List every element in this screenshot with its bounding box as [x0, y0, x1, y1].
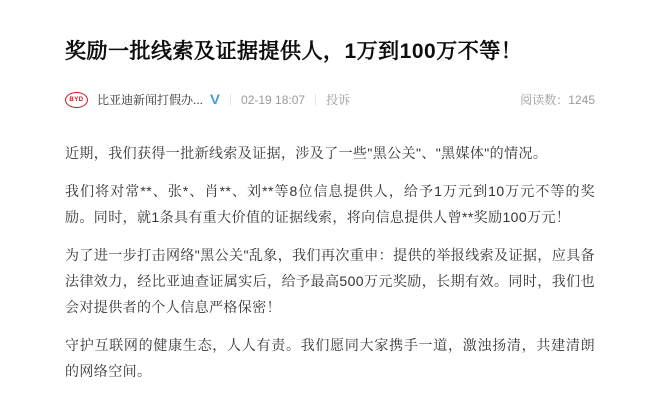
report-link[interactable]: 投诉 — [326, 91, 350, 108]
meta-divider — [315, 94, 316, 105]
article-page: 奖励一批线索及证据提供人，1万到100万不等！ BYD 比亚迪新闻打假办... … — [0, 0, 660, 398]
byd-logo-avatar[interactable]: BYD — [65, 92, 88, 108]
paragraph: 我们将对常**、张*、肖**、刘**等8位信息提供人，给予1万元到10万元不等的… — [65, 178, 595, 230]
post-timestamp: 02-19 18:07 — [241, 93, 305, 107]
paragraph: 为了进一步打击网络"黑公关"乱象，我们再次重申：提供的举报线索及证据，应具备法律… — [65, 242, 595, 320]
read-count: 阅读数：1245 — [520, 91, 595, 108]
verified-badge-icon: V — [210, 92, 220, 106]
meta-divider — [230, 94, 231, 105]
paragraph: 守护互联网的健康生态，人人有责。我们愿同大家携手一道，激浊扬清，共建清朗的网络空… — [65, 332, 595, 384]
article-title: 奖励一批线索及证据提供人，1万到100万不等！ — [65, 38, 595, 66]
author-name-link[interactable]: 比亚迪新闻打假办... — [97, 91, 203, 108]
author-meta-row: BYD 比亚迪新闻打假办... V 02-19 18:07 投诉 阅读数：124… — [65, 91, 595, 108]
paragraph: 近期，我们获得一批新线索及证据，涉及了一些"黑公关"、"黑媒体"的情况。 — [65, 140, 595, 166]
article-body: 近期，我们获得一批新线索及证据，涉及了一些"黑公关"、"黑媒体"的情况。 我们将… — [65, 140, 595, 384]
